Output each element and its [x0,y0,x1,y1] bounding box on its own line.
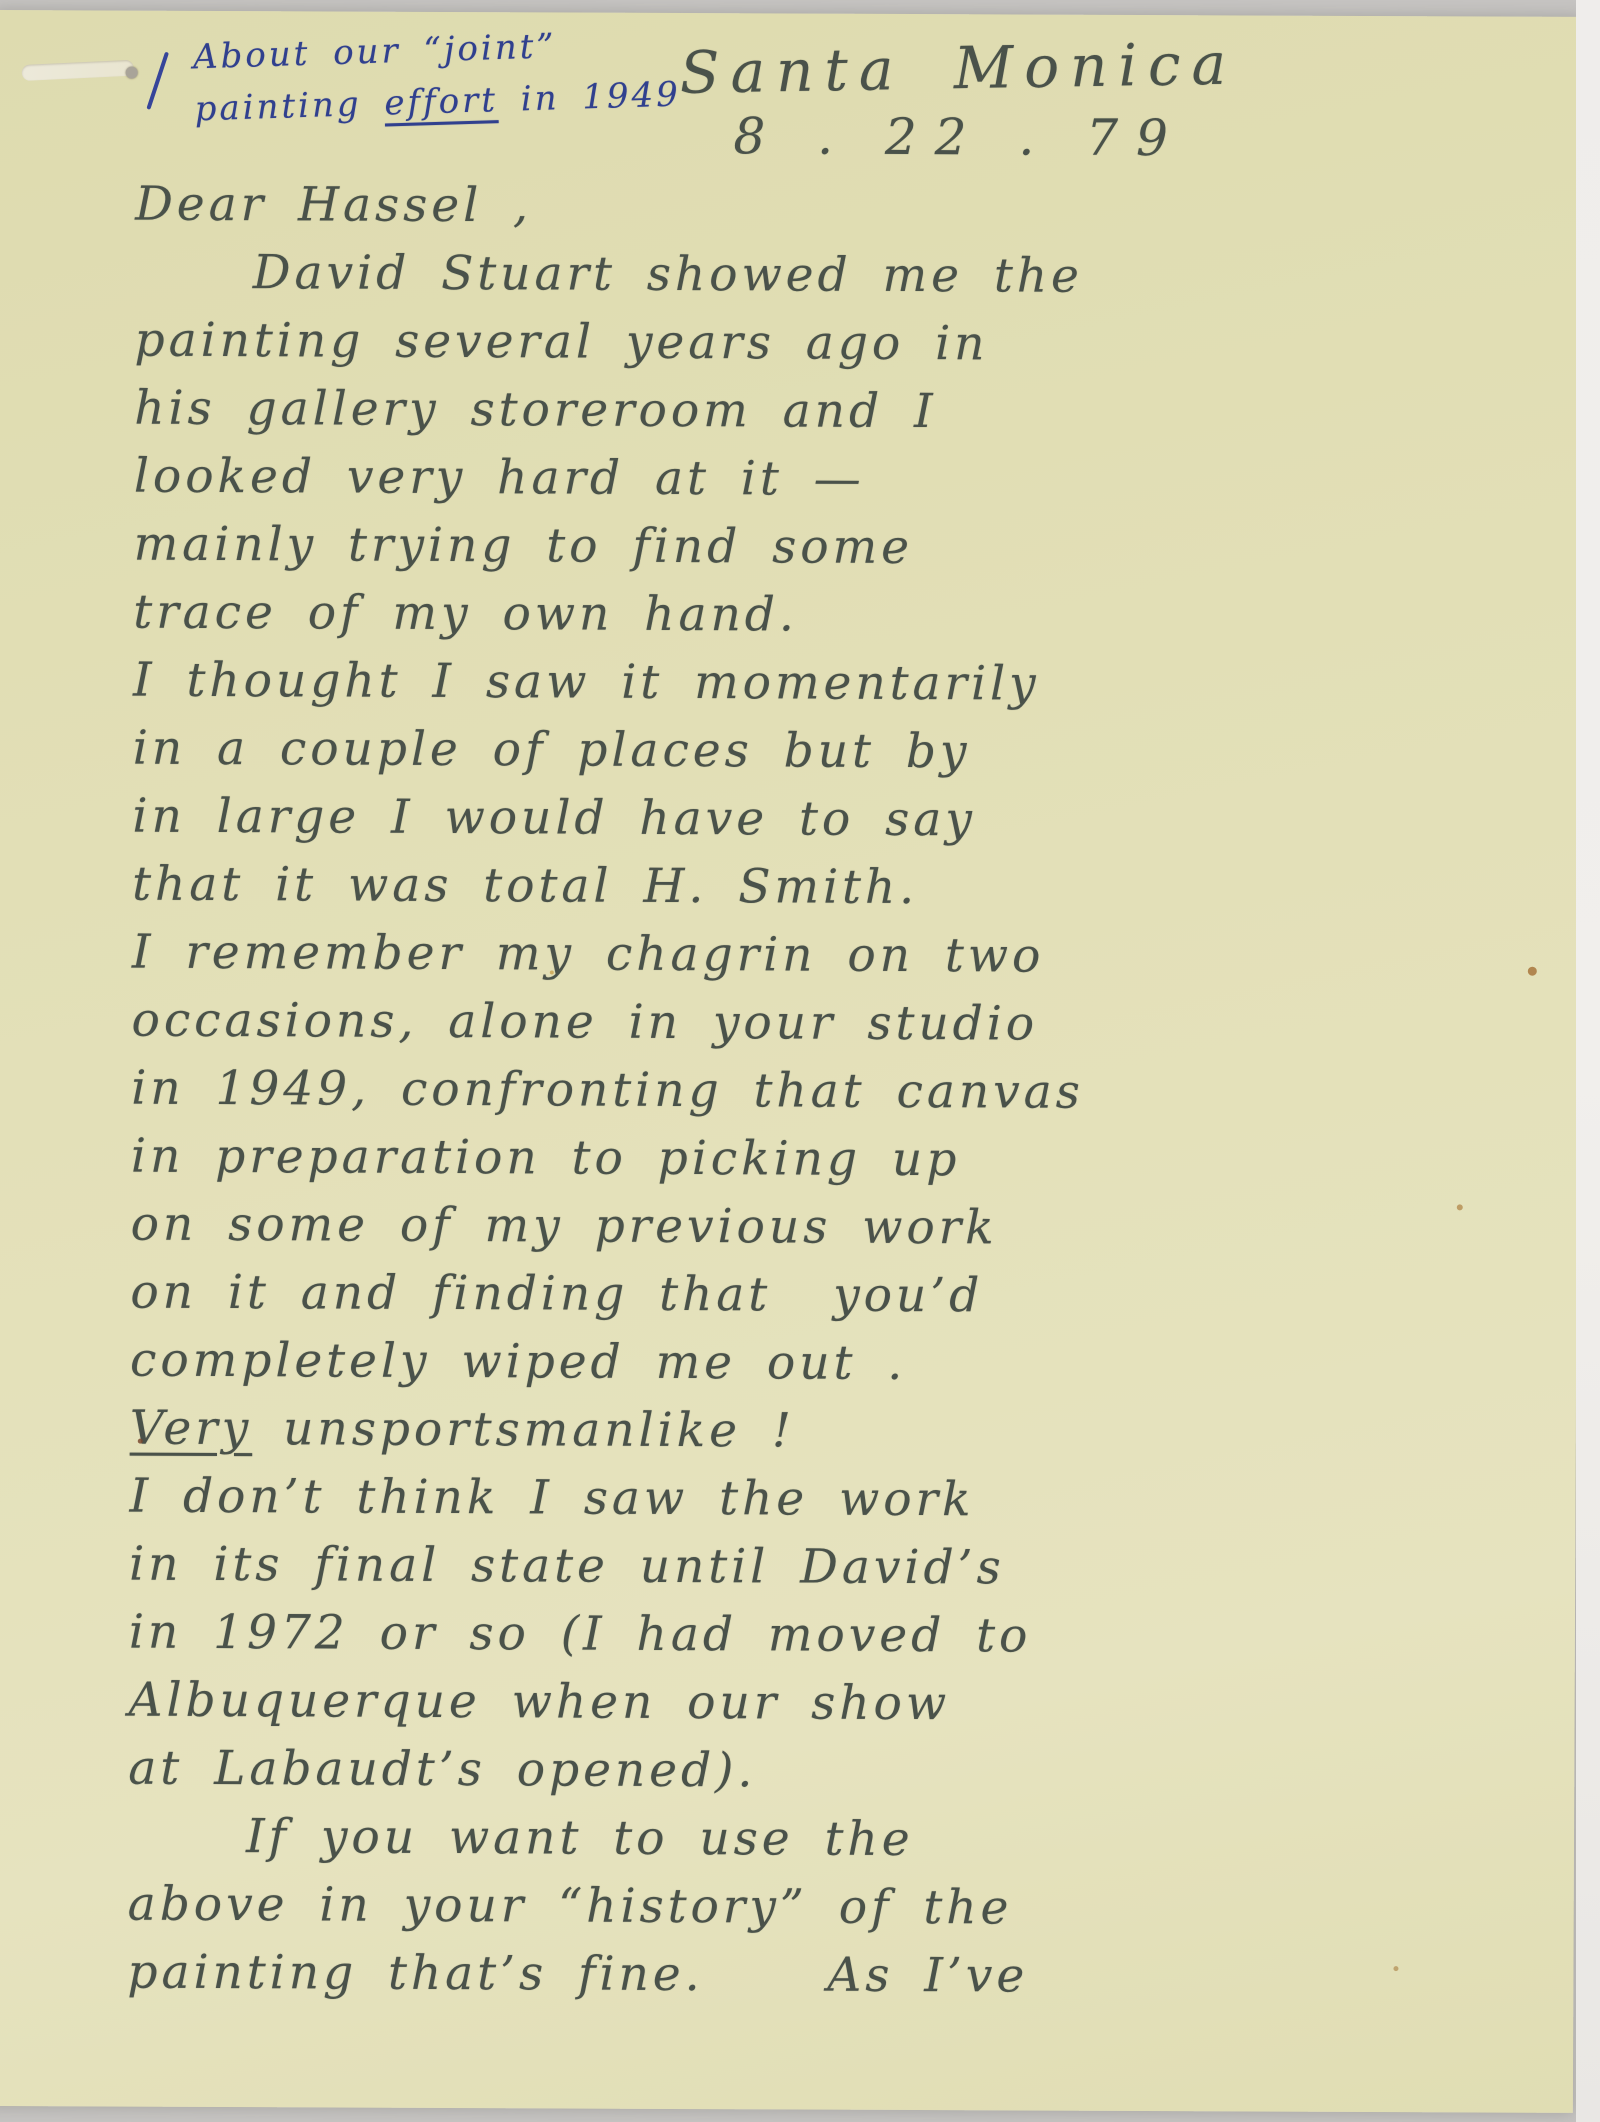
letter-line: in preparation to picking up [131,1123,1084,1195]
dateline-date: 8 . 22 . 79 [733,107,1186,167]
staple-damage-mark [21,60,134,81]
letter-line: I thought I saw it momentarily [133,647,1086,719]
foxing-spot [550,970,554,974]
letter-line: Very unsportsmanlike ! [130,1395,1083,1467]
letter-line: on some of my previous work [131,1191,1084,1263]
letter-paper: About our “joint”painting effort in 1949… [0,10,1582,2113]
underlined-word: Very [130,1401,253,1457]
foxing-spot [138,1439,143,1444]
letter-line: in 1949, confronting that canvas [131,1055,1084,1127]
letter-line: painting several years ago in [134,307,1087,379]
letter-line: in its final state until David’s [129,1531,1082,1603]
letter-line: mainly trying to find some [134,511,1087,583]
dateline-place: Santa Monica [679,30,1237,107]
foxing-spot [1393,1966,1398,1971]
letter-line: his gallery storeroom and I [134,375,1087,447]
letter-line: David Stuart showed me the [135,239,1088,311]
foxing-spot [1457,1204,1463,1210]
letter-line: in 1972 or so (I had moved to [129,1599,1082,1671]
foxing-spot [1528,967,1537,976]
letter-line: Dear Hassel , [135,171,1088,243]
letter-line: occasions, alone in your studio [131,987,1084,1059]
letter-line: Albuquerque when our show [128,1667,1081,1739]
archival-annotation-lines: About our “joint”painting effort in 1949 [192,17,681,136]
letter-line: in a couple of places but by [133,715,1086,787]
letter-line: I don’t think I saw the work [129,1463,1082,1535]
letter-line: above in your “history” of the [128,1871,1081,1943]
page-number-mark [146,52,169,110]
staple-hole [126,67,138,79]
letter-line: at Labaudt’s opened). [128,1735,1081,1807]
letter-body: Dear Hassel ,David Stuart showed me thep… [127,171,1088,2011]
letter-line: trace of my own hand. [133,579,1086,651]
letter-line: on it and finding that you’d [130,1259,1083,1331]
scan-backing-strip [1576,0,1600,2122]
letter-line: looked very hard at it — [134,443,1087,515]
letter-line: completely wiped me out . [130,1327,1083,1399]
letter-line: If you want to use the [128,1803,1081,1875]
letter-line: that it was total H. Smith. [132,851,1085,923]
letter-line: I remember my chagrin on two [132,919,1085,991]
scanned-letter-page: { "colors": { "background_gray": "#c6c4c… [0,0,1600,2122]
letter-line: painting that’s fine. As I’ve [127,1939,1080,2011]
underlined-word: effort [384,80,499,123]
letter-line: in large I would have to say [132,783,1085,855]
